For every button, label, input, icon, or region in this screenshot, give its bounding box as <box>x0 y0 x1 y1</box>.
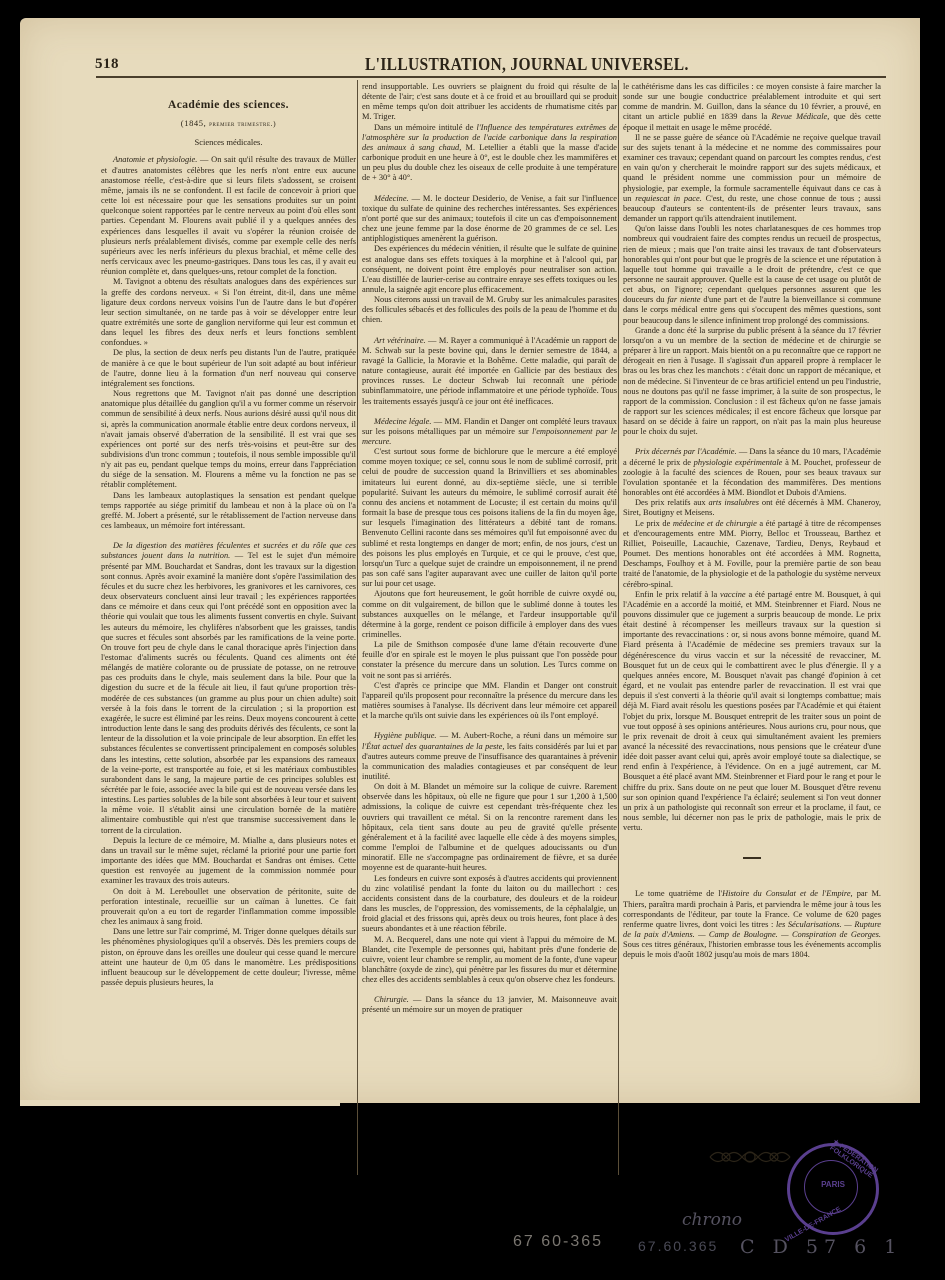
paragraph: Qu'on laisse dans l'oubli les notes char… <box>623 224 881 326</box>
paragraph: Dans une lettre sur l'air comprimé, M. T… <box>101 927 356 988</box>
paragraph: Des expériences du médecin vénitien, il … <box>362 244 617 295</box>
article-title: Académie des sciences. <box>101 100 356 110</box>
paragraph: Depuis la lecture de ce mémoire, M. Mial… <box>101 836 356 887</box>
paragraph: Le prix de médecine et de chirurgie a ét… <box>623 519 881 590</box>
column-divider-1 <box>357 80 358 1175</box>
column-2: rend insupportable. Les ouvriers se plai… <box>362 82 617 1016</box>
paragraph: Nous regrettons que M. Tavignot n'ait pa… <box>101 389 356 491</box>
thiers-notice: Le tome quatrième de l'Histoire du Consu… <box>623 889 881 960</box>
column-3-body: le cathétérisme dans les cas difficiles … <box>623 82 881 833</box>
paragraph: le cathétérisme dans les cas difficiles … <box>623 82 881 133</box>
paragraph: Anatomie et physiologie. — On sait qu'il… <box>101 155 356 277</box>
paragraph: Nous citerons aussi un travail de M. Gru… <box>362 295 617 325</box>
column-1: Académie des sciences. (1845, premier tr… <box>101 82 356 988</box>
paragraph: On doit à M. Blandet un mémoire sur la c… <box>362 782 617 873</box>
paragraph: Dans un mémoire intitulé de l'Influence … <box>362 123 617 184</box>
printed-inventory-number: 67.60.365 <box>638 1238 718 1254</box>
paragraph: On doit à M. Lereboullet une observation… <box>101 887 356 928</box>
handwritten-code: C D 57 6 1 <box>740 1236 902 1258</box>
paragraph: Enfin le prix relatif à la vaccine a été… <box>623 590 881 834</box>
column-1-body: Anatomie et physiologie. — On sait qu'il… <box>101 155 356 988</box>
paragraph: De plus, la section de deux nerfs peu di… <box>101 348 356 389</box>
paragraph: M. Tavignot a obtenu des résultats analo… <box>101 277 356 348</box>
paragraph: Ajoutons que fort heureusement, le goût … <box>362 589 617 640</box>
paragraph: M. A. Becquerel, dans une note qui vient… <box>362 935 617 986</box>
column-divider-2 <box>618 80 619 1175</box>
page-edge <box>20 1100 340 1106</box>
article-subtitle: (1845, premier trimestre.) <box>101 118 356 129</box>
paragraph: Médecine. — M. le docteur Desiderio, de … <box>362 194 617 245</box>
floral-ornament <box>708 1148 798 1166</box>
section-separator <box>743 857 761 859</box>
paragraph: Hygiène publique. — M. Aubert-Roche, a r… <box>362 731 617 782</box>
paragraph: Chirurgie. — Dans la séance du 13 janvie… <box>362 995 617 1015</box>
pencil-shelfmark: 67 60-365 <box>513 1233 603 1251</box>
paragraph: Il ne se passe guère de séance où l'Acad… <box>623 133 881 224</box>
header-rule <box>96 76 886 78</box>
paragraph: De la digestion des matières féculentes … <box>101 541 356 836</box>
paragraph: rend insupportable. Les ouvriers se plai… <box>362 82 617 123</box>
paragraph: Art vétérinaire. — M. Rayer a communiqué… <box>362 336 617 407</box>
article-subhead: Sciences médicales. <box>101 137 356 147</box>
masthead-title: L'ILLUSTRATION, JOURNAL UNIVERSEL. <box>365 54 689 75</box>
paragraph: La pile de Smithson composée d'une lame … <box>362 640 617 681</box>
paragraph: Les fondeurs en cuivre sont exposés à d'… <box>362 874 617 935</box>
paragraph: Prix décernés par l'Académie. — Dans la … <box>623 447 881 498</box>
page-number: 518 <box>95 56 119 73</box>
column-3: le cathétérisme dans les cas difficiles … <box>623 82 881 961</box>
paragraph: Dans les lambeaux autoplastiques la sens… <box>101 491 356 532</box>
handwritten-chrono: chrono <box>682 1210 742 1230</box>
paragraph: C'est surtout sous forme de bichlorure q… <box>362 447 617 589</box>
paragraph: C'est d'après ce principe que MM. Flandi… <box>362 681 617 722</box>
federation-folklorique-stamp: ★ FÉDÉRATION FOLKLORIQUE VILLE-DE-FRANCE… <box>787 1143 879 1235</box>
column-2-body: rend insupportable. Les ouvriers se plai… <box>362 82 617 1016</box>
paragraph: Grande a donc été la surprise du public … <box>623 326 881 438</box>
paragraph: Médecine légale. — MM. Flandin et Danger… <box>362 417 617 447</box>
paragraph: Des prix relatifs aux arts insalubres on… <box>623 498 881 518</box>
